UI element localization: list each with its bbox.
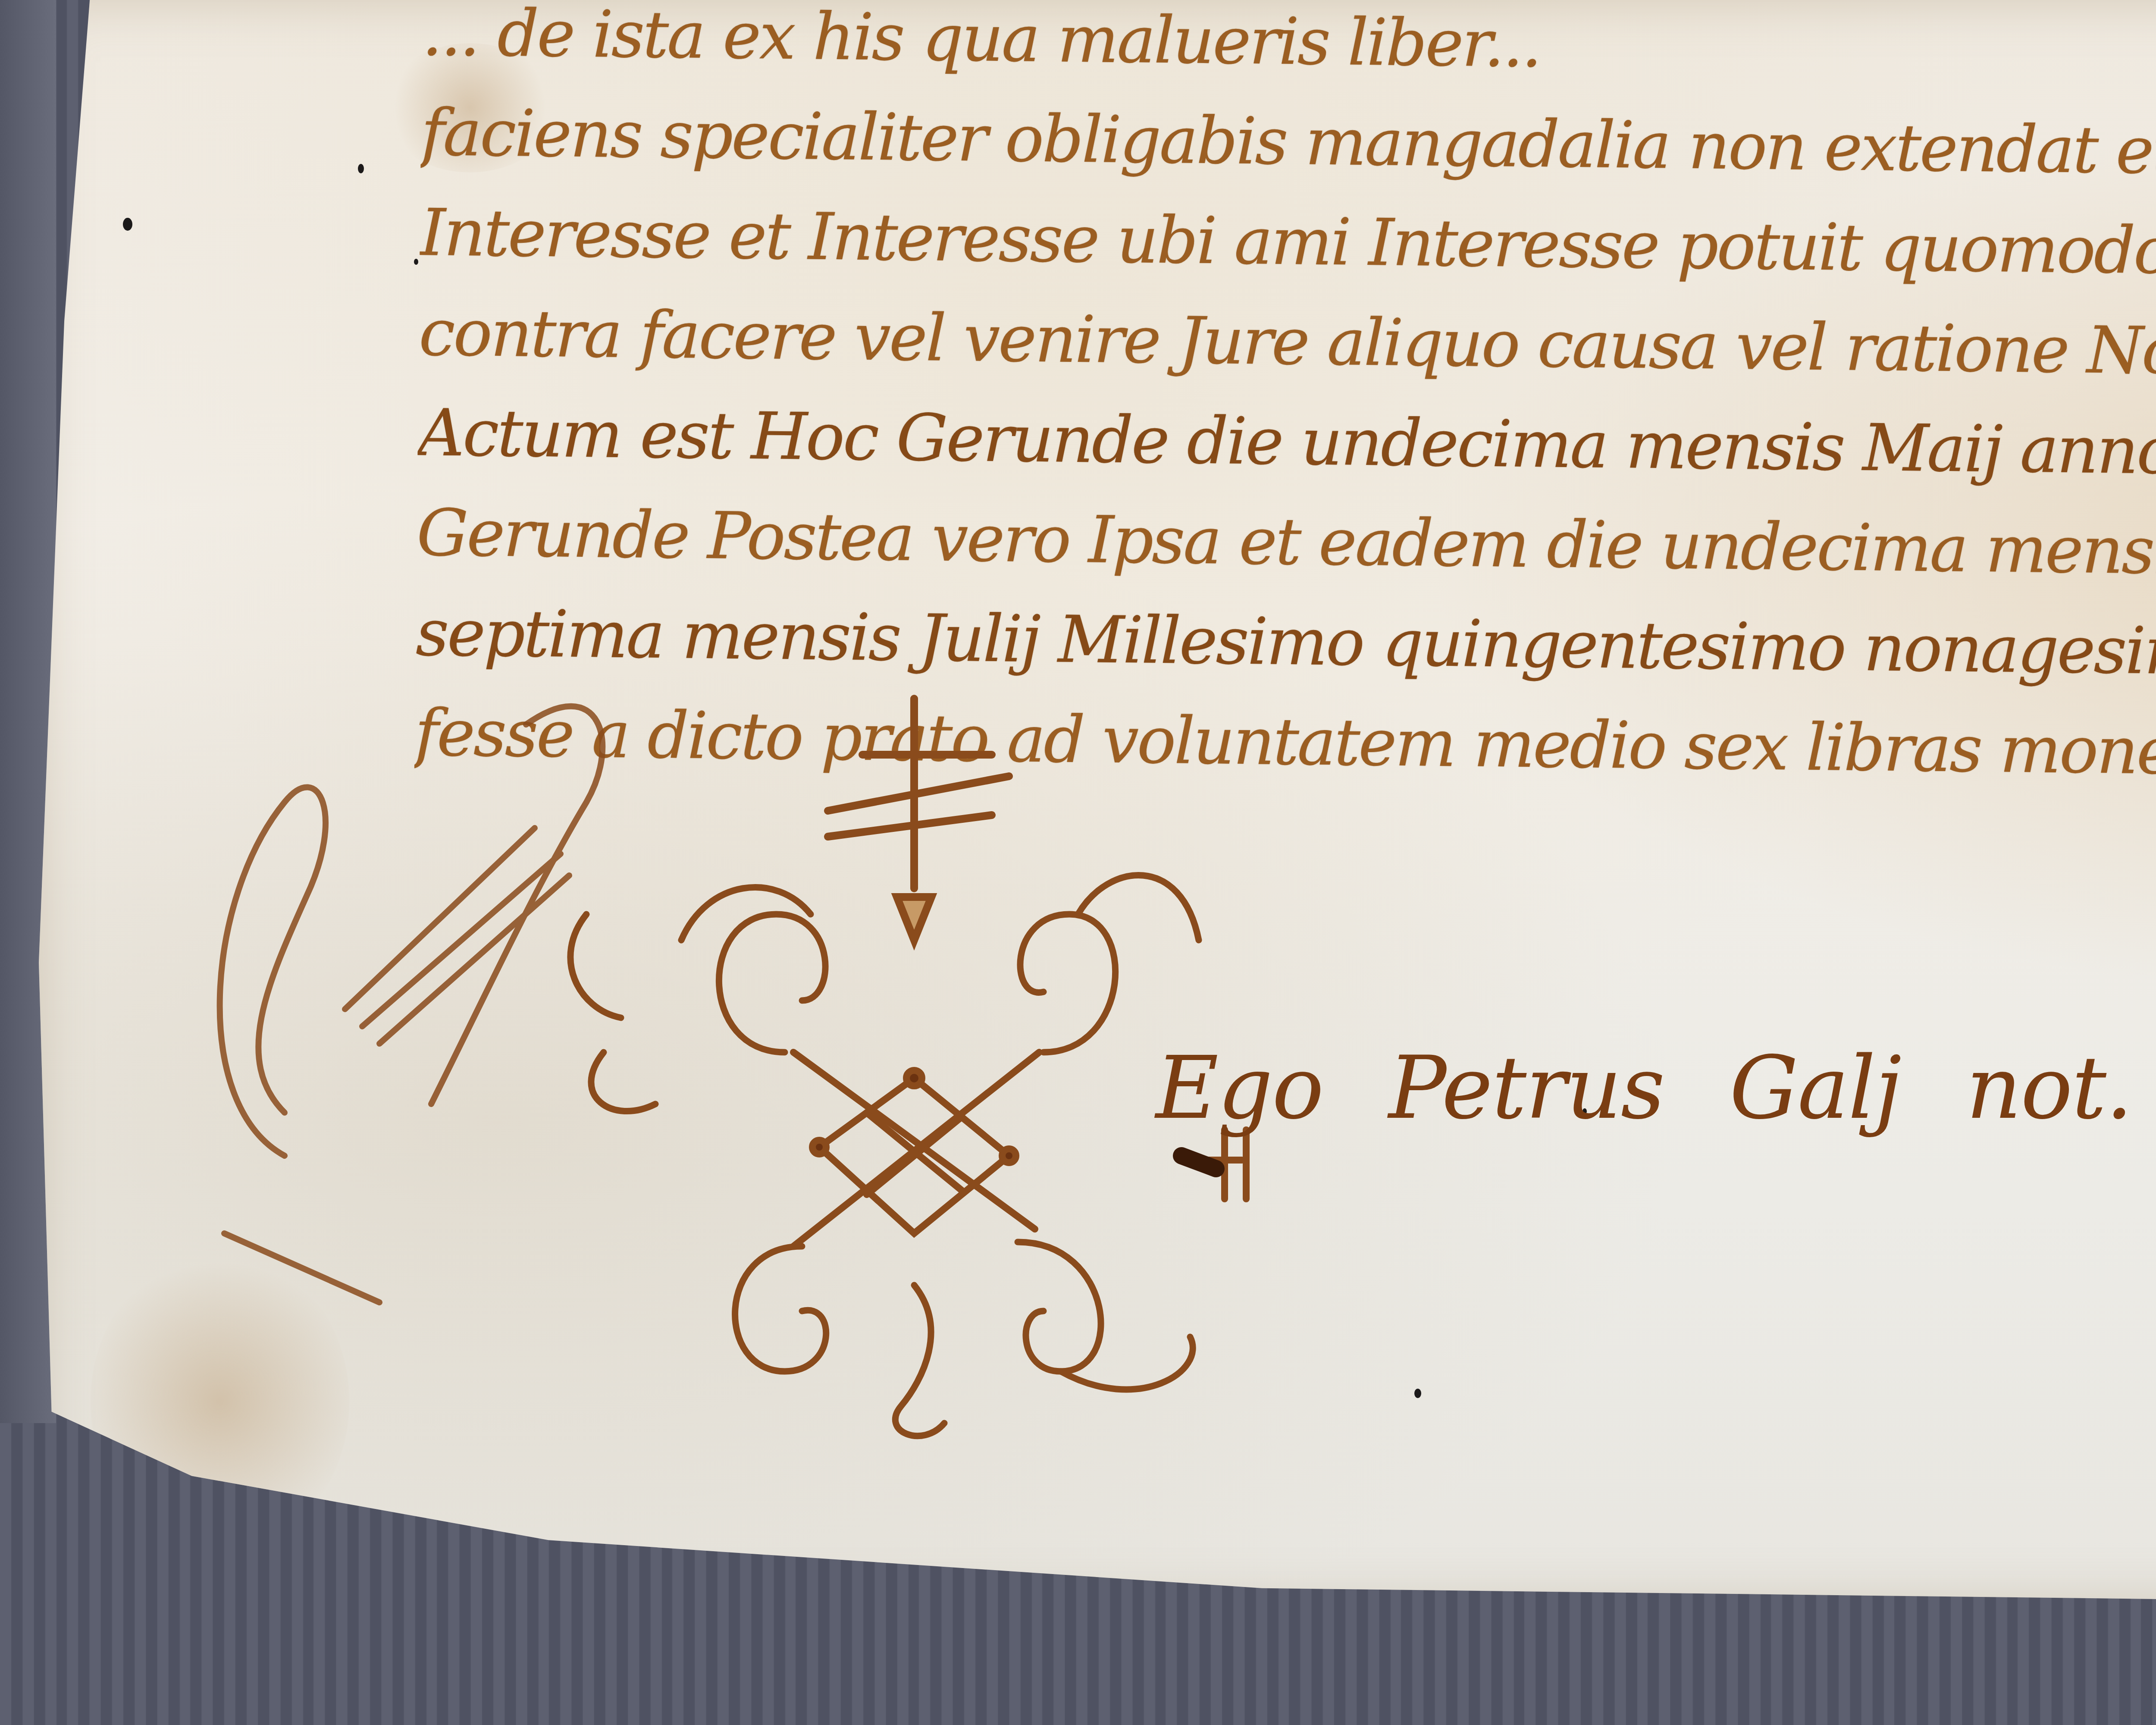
worm-hole — [414, 259, 418, 265]
worm-hole — [358, 164, 364, 173]
left-flourish-icon — [220, 706, 603, 1302]
worm-hole — [123, 218, 132, 231]
notary-signum — [103, 673, 1311, 1492]
worm-hole — [1414, 1389, 1421, 1398]
patriarchal-cross-icon — [828, 699, 1009, 940]
subscription-word: Petrus — [1388, 1038, 1664, 1138]
subscription-word: Galj — [1730, 1038, 1901, 1138]
notary-subscription: Ego Petrus Galj not. pub. cus autore — [1156, 1035, 2156, 1138]
subscription-word: Ego — [1156, 1038, 1323, 1138]
knot-lattice-icon — [793, 1052, 1039, 1246]
signum-connector-icon — [1181, 1130, 1246, 1199]
subscription-word: not. — [1966, 1038, 2132, 1138]
signum-loops-icon — [570, 875, 1199, 1436]
